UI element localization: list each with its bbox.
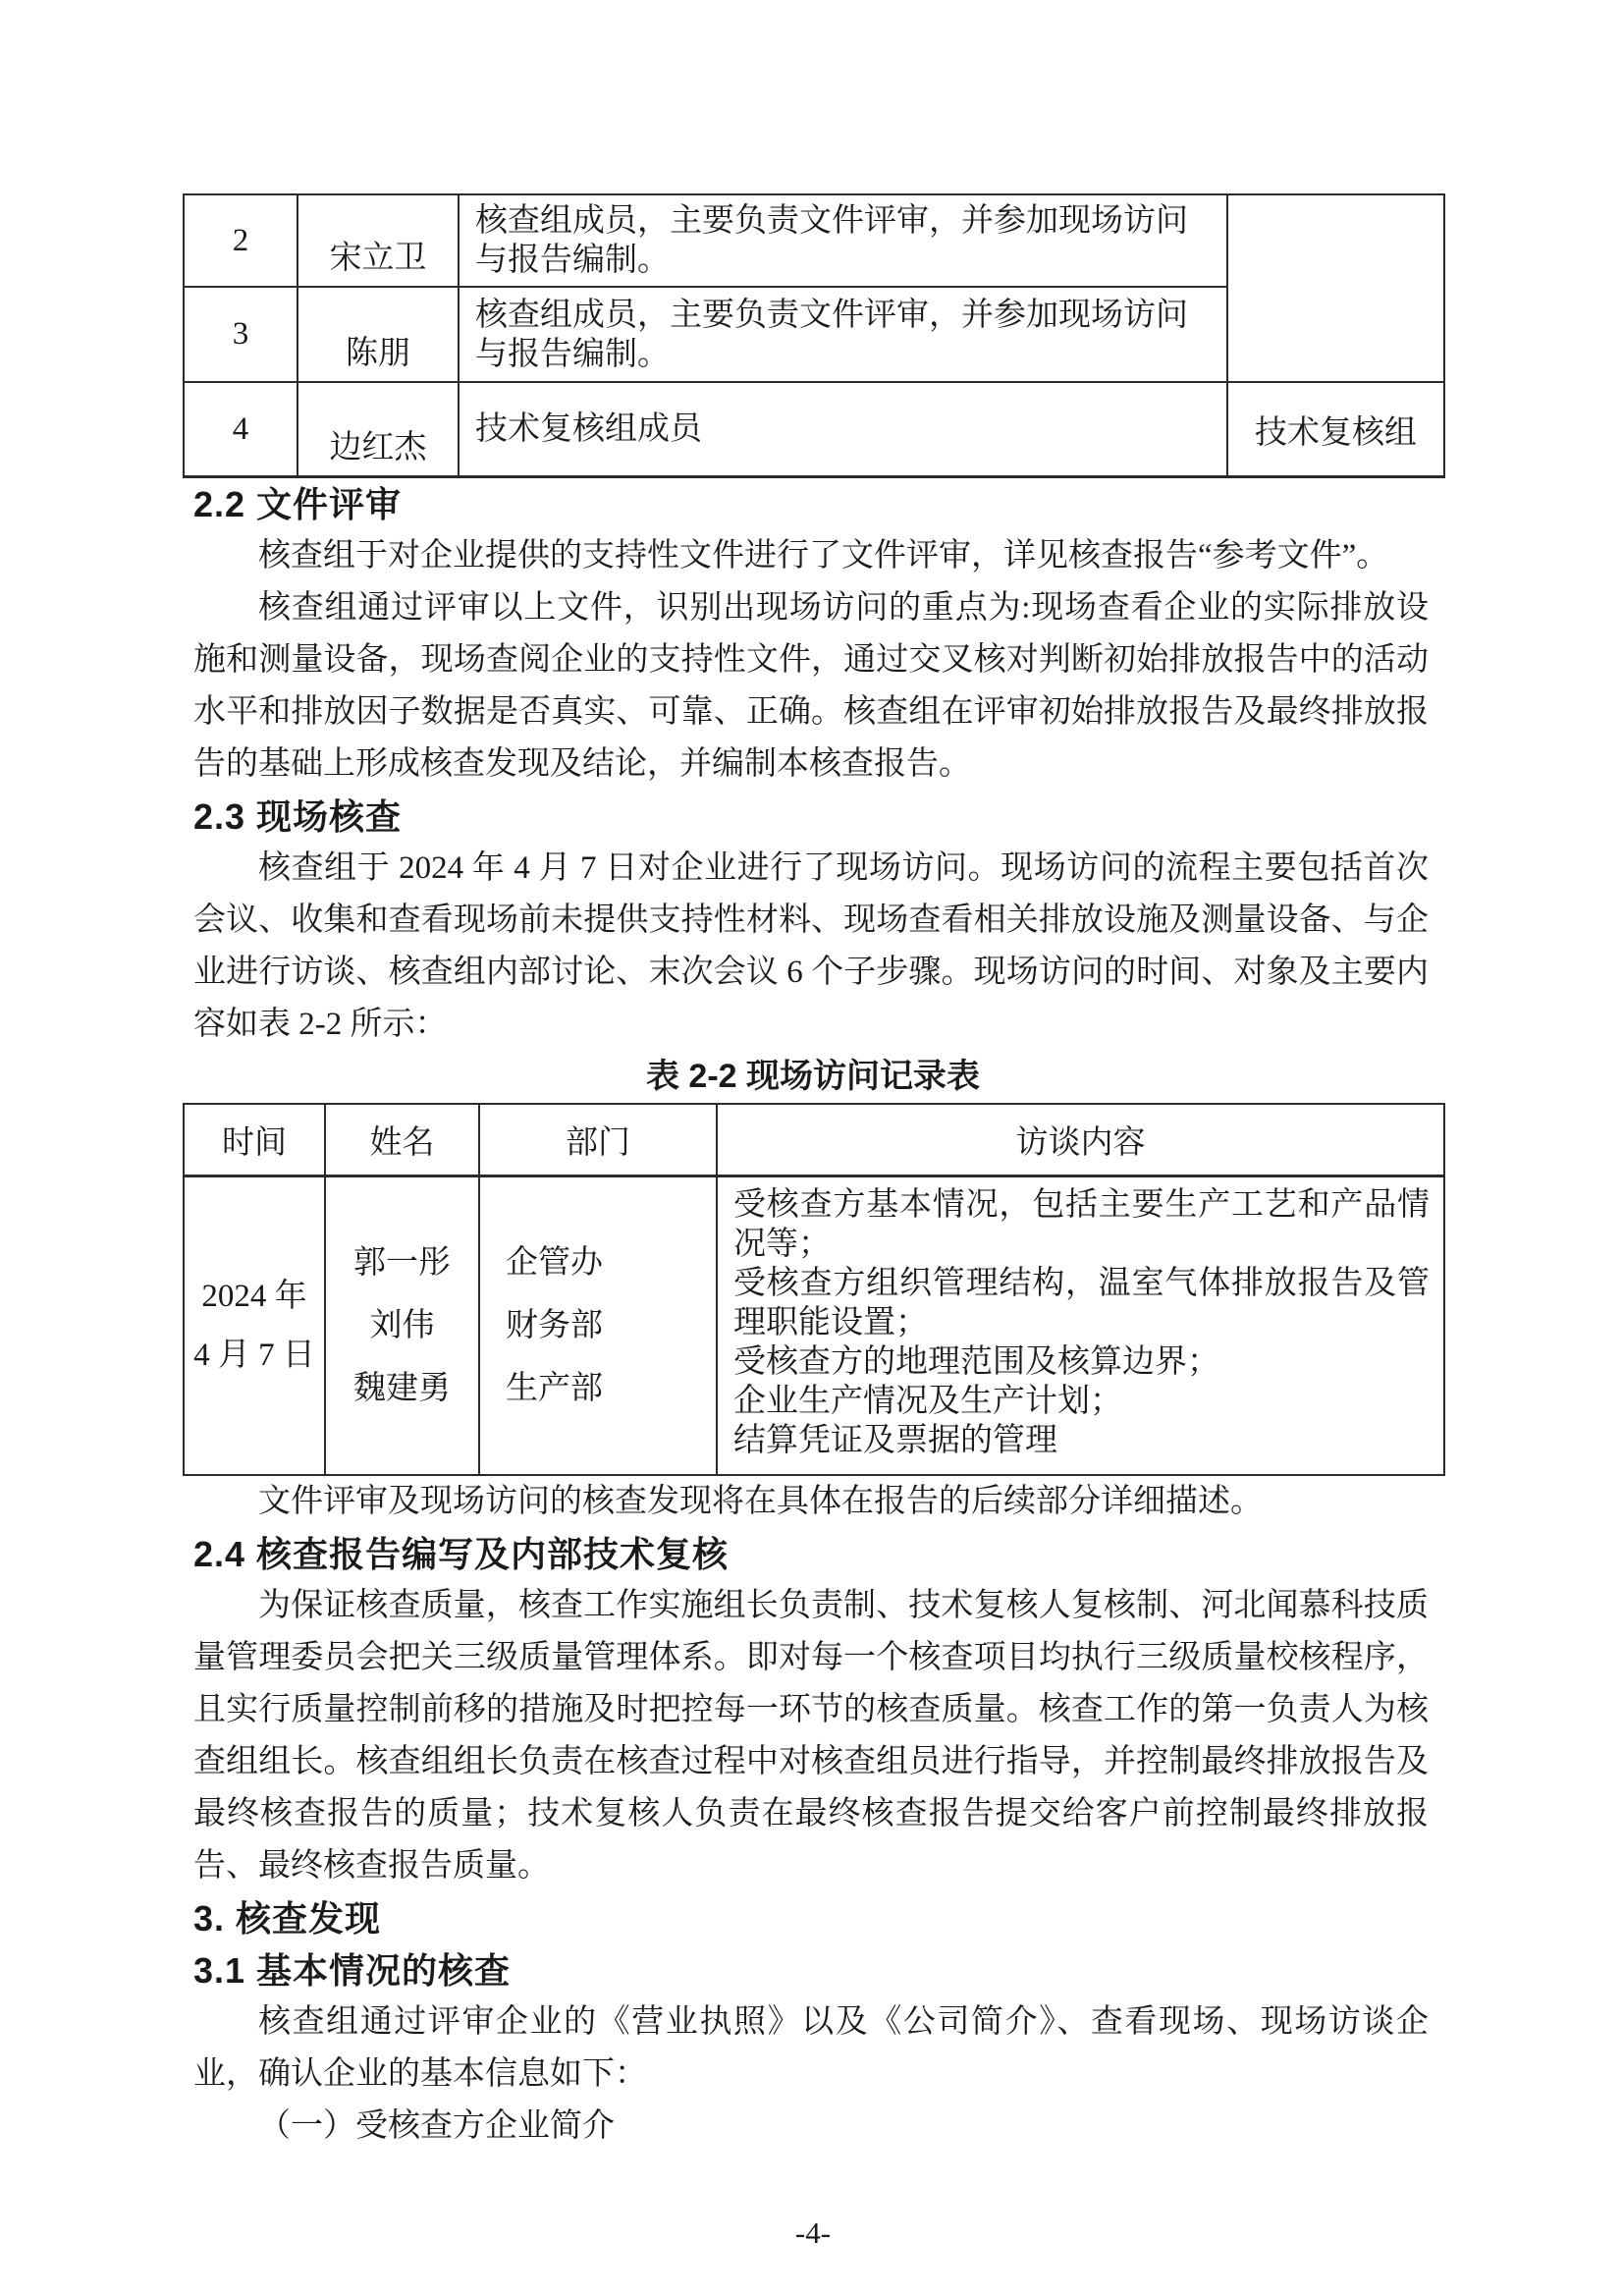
visit-person-name: 刘伟 xyxy=(326,1294,478,1357)
visit-topic: 企业生产情况及生产计划； xyxy=(733,1382,1430,1421)
visit-topic: 结算凭证及票据的管理 xyxy=(733,1421,1430,1460)
team-table-row: 2 宋立卫 核查组成员，主要负责文件评审，并参加现场访问与报告编制。 xyxy=(184,194,1444,287)
visit-department: 财务部 xyxy=(506,1294,716,1357)
section-heading-3: 3. 核查发现 xyxy=(193,1892,1443,1944)
team-member-duty: 核查组成员，主要负责文件评审，并参加现场访问与报告编制。 xyxy=(459,287,1227,382)
section-heading-2-3: 2.3 现场核查 xyxy=(193,791,1443,843)
visit-record-table: 时间 姓名 部门 访谈内容 2024 年 4 月 7 日 郭一彤 刘伟 魏建勇 xyxy=(183,1103,1445,1476)
paragraph: 核查组通过评审企业的《营业执照》以及《公司简介》、查看现场、现场访谈企业，确认企… xyxy=(193,1996,1429,2101)
team-member-duty: 技术复核组成员 xyxy=(459,382,1227,477)
section-heading-2-4: 2.4 核查报告编写及内部技术复核 xyxy=(193,1528,1443,1580)
visit-time-line: 2024 年 xyxy=(185,1267,324,1326)
visit-topic: 受核查方基本情况，包括主要生产工艺和产品情况等； xyxy=(733,1185,1430,1264)
visit-topic: 受核查方的地理范围及核算边界； xyxy=(733,1342,1430,1382)
section-heading-3-1: 3.1 基本情况的核查 xyxy=(193,1944,1443,1996)
visit-time-cell: 2024 年 4 月 7 日 xyxy=(184,1176,325,1476)
visit-department: 企管办 xyxy=(506,1231,716,1294)
visit-department: 生产部 xyxy=(506,1357,716,1420)
page-content: 2 宋立卫 核查组成员，主要负责文件评审，并参加现场访问与报告编制。 3 陈朋 … xyxy=(0,0,1623,2253)
paragraph: 为保证核查质量，核查工作实施组长负责制、技术复核人复核制、河北闻慕科技质量管理委… xyxy=(193,1580,1429,1892)
paragraph: 文件评审及现场访问的核查发现将在具体在报告的后续部分详细描述。 xyxy=(193,1476,1429,1528)
team-table: 2 宋立卫 核查组成员，主要负责文件评审，并参加现场访问与报告编制。 3 陈朋 … xyxy=(183,193,1445,478)
team-member-name: 宋立卫 xyxy=(298,194,459,287)
visit-header-name: 姓名 xyxy=(325,1104,479,1176)
paragraph: 核查组通过评审以上文件，识别出现场访问的重点为:现场查看企业的实际排放设施和测量… xyxy=(193,582,1429,791)
team-group-cell: 技术复核组 xyxy=(1227,382,1444,477)
visit-departments-cell: 企管办 财务部 生产部 xyxy=(479,1176,717,1476)
team-row-number: 4 xyxy=(184,382,298,477)
visit-person-name: 魏建勇 xyxy=(326,1357,478,1420)
table-2-2-title: 表 2-2 现场访问记录表 xyxy=(183,1051,1443,1103)
team-group-cell xyxy=(1227,194,1444,382)
page-number: -4- xyxy=(183,2214,1443,2253)
visit-table-data-row: 2024 年 4 月 7 日 郭一彤 刘伟 魏建勇 企管办 财务部 生产部 xyxy=(184,1176,1444,1476)
paragraph: 核查组于对企业提供的支持性文件进行了文件评审，详见核查报告“参考文件”。 xyxy=(193,530,1429,582)
visit-names-cell: 郭一彤 刘伟 魏建勇 xyxy=(325,1176,479,1476)
team-member-duty: 核查组成员，主要负责文件评审，并参加现场访问与报告编制。 xyxy=(459,194,1227,287)
visit-topic: 受核查方组织管理结构，温室气体排放报告及管理职能设置； xyxy=(733,1264,1430,1342)
section-heading-2-2: 2.2 文件评审 xyxy=(193,478,1443,530)
document-page: 2 宋立卫 核查组成员，主要负责文件评审，并参加现场访问与报告编制。 3 陈朋 … xyxy=(0,0,1623,2296)
team-member-name: 陈朋 xyxy=(298,287,459,382)
visit-header-department: 部门 xyxy=(479,1104,717,1176)
visit-header-topic: 访谈内容 xyxy=(717,1104,1444,1176)
team-row-number: 2 xyxy=(184,194,298,287)
visit-topics-cell: 受核查方基本情况，包括主要生产工艺和产品情况等； 受核查方组织管理结构，温室气体… xyxy=(717,1176,1444,1476)
visit-table-header-row: 时间 姓名 部门 访谈内容 xyxy=(184,1104,1444,1176)
visit-time-line: 4 月 7 日 xyxy=(185,1326,324,1385)
team-member-name: 边红杰 xyxy=(298,382,459,477)
visit-header-time: 时间 xyxy=(184,1104,325,1176)
visit-person-name: 郭一彤 xyxy=(326,1231,478,1294)
team-row-number: 3 xyxy=(184,287,298,382)
team-table-row: 4 边红杰 技术复核组成员 技术复核组 xyxy=(184,382,1444,477)
paragraph: （一）受核查方企业简介 xyxy=(193,2101,1429,2153)
paragraph: 核查组于 2024 年 4 月 7 日对企业进行了现场访问。现场访问的流程主要包… xyxy=(193,843,1429,1051)
